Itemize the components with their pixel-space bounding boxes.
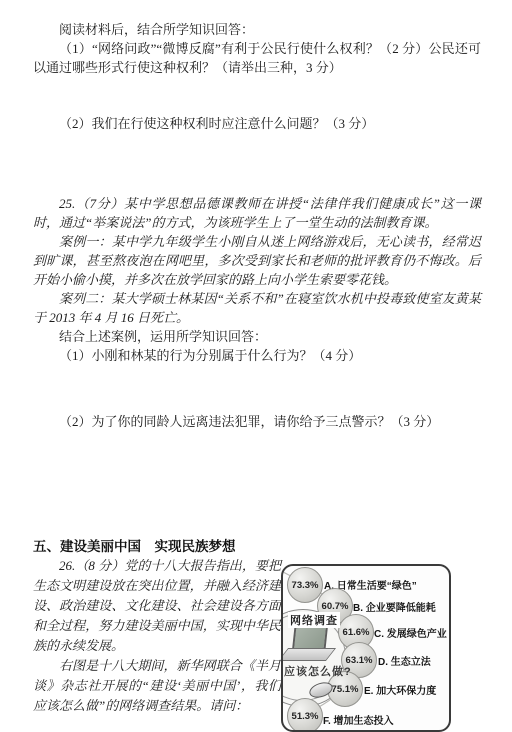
survey-percent-b: 60.7% (322, 601, 349, 612)
survey-percent-a: 73.3% (292, 580, 319, 591)
q25-case2: 案列二：某大学硕士林某因“关系不和”在寝室饮水机中投毒致使室友黄某于 2013 … (33, 289, 481, 327)
question-25-block: 25.（7分）某中学思想品德课教师在讲授“法律伴我们健康成长”这一课时，通过“举… (33, 194, 481, 365)
exam-paper-page: 阅读材料后，结合所学知识回答： （1）“网络问政”“微博反腐”有利于公民行使什么… (0, 0, 512, 732)
survey-percent-e: 75.1% (332, 684, 359, 695)
survey-chart: 网络调查 应该怎么做? 73.3% A. 日常生活要“绿色” 60.7% B. … (281, 564, 451, 732)
section4-question-1: （1）“网络问政”“微博反腐”有利于公民行使什么权利？（2 分）公民还可以通过哪… (33, 39, 481, 77)
section4-question-2-block: （2）我们在行使这种权利时应注意什么问题？（3 分） (33, 114, 481, 133)
q25-lead: 结合上述案例，运用所学知识回答： (33, 327, 481, 346)
reading-prompt: 阅读材料后，结合所学知识回答： (33, 20, 481, 39)
q25-question-1: （1）小刚和林某的行为分别属于什么行为？（4 分） (33, 346, 481, 365)
survey-center-title: 网络调查 (288, 612, 340, 628)
q26-stem: 26.（8 分）党的十八大报告指出，要把生态文明建设放在突出位置，并融入经济建设… (33, 556, 281, 656)
question-26-block: 26.（8 分）党的十八大报告指出，要把生态文明建设放在突出位置，并融入经济建设… (33, 556, 281, 716)
survey-label-b: B. 企业要降低能耗 (353, 599, 436, 614)
survey-label-e: E. 加大环保力度 (364, 682, 436, 697)
survey-center-question: 应该怎么做? (284, 663, 352, 679)
survey-bubble-a: 73.3% (287, 567, 323, 603)
survey-percent-c: 61.6% (343, 627, 370, 638)
survey-label-c: C. 发展绿色产业 (374, 625, 447, 640)
section4-block: 阅读材料后，结合所学知识回答： （1）“网络问政”“微博反腐”有利于公民行使什么… (33, 20, 481, 77)
q25-question-2-block: （2）为了你的同龄人远离违法犯罪，请你给予三点警示？（3 分） (33, 412, 481, 431)
q26-lead: 右图是十八大期间，新华网联合《半月谈》杂志社开展的“建设‘美丽中国’，我们应该怎… (33, 656, 281, 716)
q25-case1: 案例一：某中学九年级学生小刚自从迷上网络游戏后，无心读书，经常迟到旷课，甚至熬夜… (33, 232, 481, 289)
survey-label-f: F. 增加生态投入 (323, 712, 394, 727)
section4-question-2: （2）我们在行使这种权利时应注意什么问题？（3 分） (33, 114, 481, 133)
survey-percent-f: 51.3% (292, 711, 319, 722)
section5-heading: 五、建设美丽中国 实现民族梦想 (33, 535, 293, 555)
q25-stem: 25.（7分）某中学思想品德课教师在讲授“法律伴我们健康成长”这一课时，通过“举… (33, 194, 481, 232)
q25-question-2: （2）为了你的同龄人远离违法犯罪，请你给予三点警示？（3 分） (33, 412, 481, 431)
survey-bubble-f: 51.3% (287, 698, 323, 732)
survey-label-d: D. 生态立法 (378, 653, 431, 668)
